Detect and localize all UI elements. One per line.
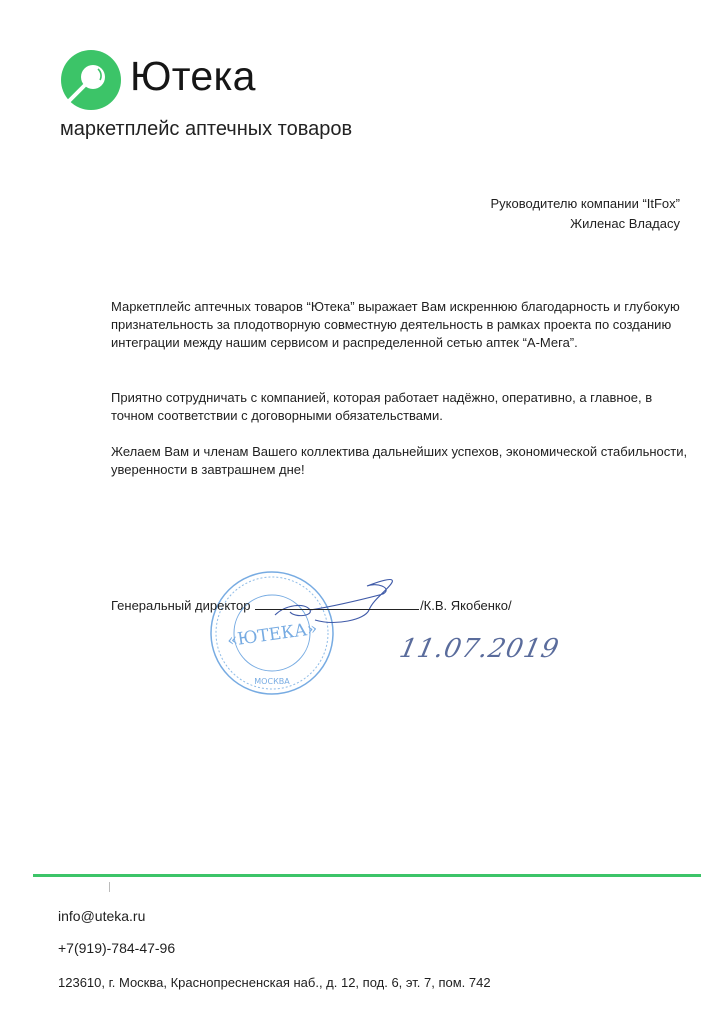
scan-mark (109, 882, 110, 892)
footer-email[interactable]: info@uteka.ru (58, 907, 145, 925)
signatory-position: Генеральный директор (111, 598, 250, 613)
letter-paragraph-2: Приятно сотрудничать с компанией, котора… (111, 389, 691, 425)
signatory-name: /К.В. Якобенко/ (420, 598, 512, 613)
footer-phone[interactable]: +7(919)-784-47-96 (58, 939, 175, 957)
addressee-block: Руководителю компании “ItFox” Жиленас Вл… (491, 194, 680, 234)
brand-name: Ютека (130, 52, 256, 100)
addressee-line-2: Жиленас Владасу (491, 214, 680, 234)
brand-tagline: маркетплейс аптечных товаров (60, 116, 352, 142)
handwritten-date: 11.07.2019 (397, 634, 562, 664)
footer-divider (33, 874, 701, 877)
stamp-bottom-text: МОСКВА (254, 677, 290, 686)
addressee-line-1: Руководителю компании “ItFox” (491, 194, 680, 214)
letter-paragraph-1: Маркетплейс аптечных товаров “Ютека” выр… (111, 298, 691, 352)
magnifier-ring-logo-icon (61, 50, 121, 110)
letter-paragraph-3: Желаем Вам и членам Вашего коллектива да… (111, 443, 691, 479)
signature-line (255, 597, 419, 610)
footer-address: 123610, г. Москва, Краснопресненская наб… (58, 974, 491, 992)
signature-row: Генеральный директор /К.В. Якобенко/ (111, 597, 512, 615)
